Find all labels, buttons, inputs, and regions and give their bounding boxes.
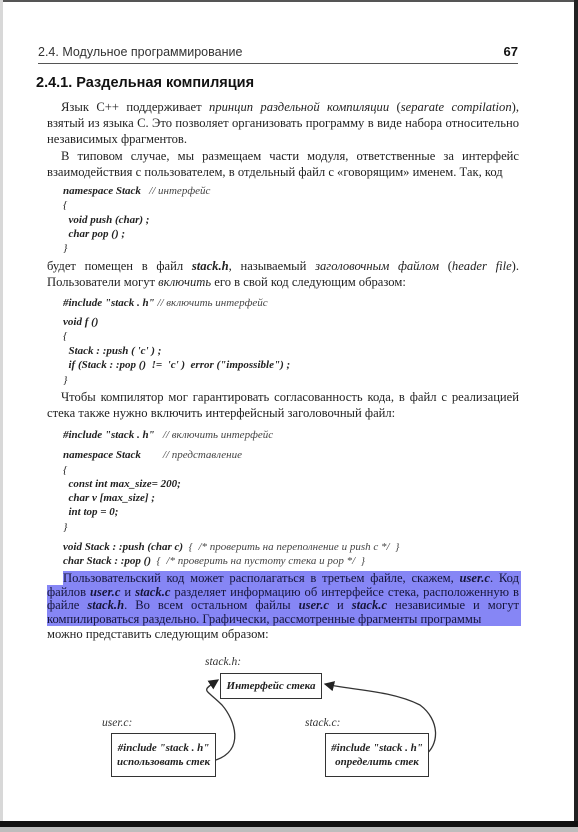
diagram-arrows [0, 0, 578, 832]
box-line: #include "stack . h" [326, 741, 428, 755]
box-user-c: #include "stack . h" использовать стек [111, 733, 216, 777]
box-stack-c: #include "stack . h" определить стек [325, 733, 429, 777]
module-diagram: stack.h: Интерфейс стека user.c: #includ… [0, 0, 578, 832]
box-text: Интерфейс стека [227, 680, 316, 692]
label-stack-c: stack.c: [305, 717, 340, 729]
box-stack-interface: Интерфейс стека [220, 673, 322, 699]
label-user-c: user.c: [102, 717, 132, 729]
box-line: использовать стек [112, 755, 215, 769]
box-line: #include "stack . h" [112, 741, 215, 755]
label-stack-h: stack.h: [205, 656, 241, 668]
box-line: определить стек [326, 755, 428, 769]
